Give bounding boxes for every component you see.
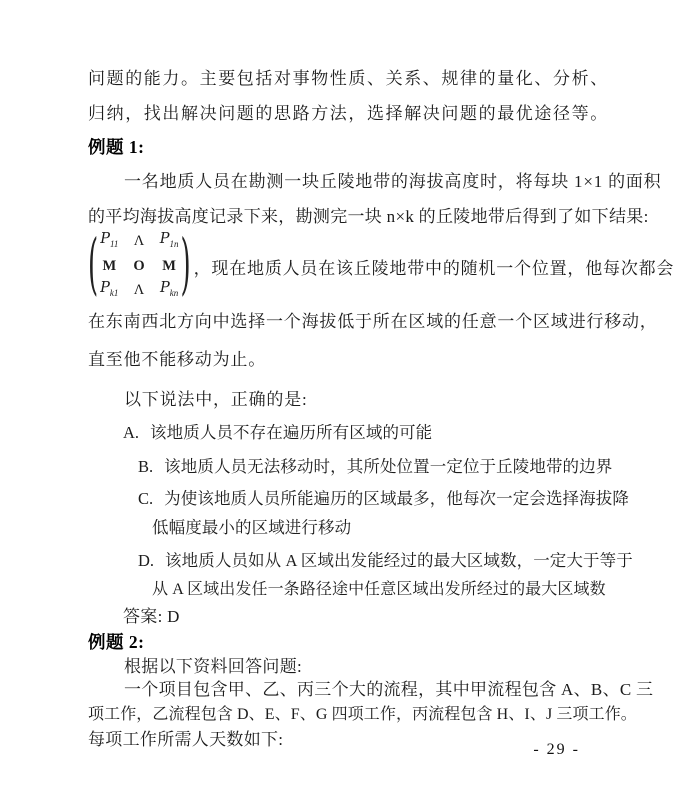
matrix-paragraph: ( P11 Λ P1n M O M Pk1 Λ Pkn ) ，现在地质人员在该丘… [88,231,648,301]
matrix-cell-31: Pk1 [100,278,118,304]
option-text-a: 该地质人员不存在遍历所有区域的可能 [150,419,432,443]
matrix-cell-13: P1n [160,229,179,255]
option-row-a: A. 该地质人员不存在遍历所有区域的可能 [123,419,648,443]
move-line-2: 直至他不能移动为止。 [88,349,648,371]
option-text-d-wrap: 从 A 区域出发任一条路径途中任意区域出发所经过的最大区域数 [152,579,648,601]
matrix-cell-12: Λ [134,231,145,252]
page-content: 问题的能力。主要包括对事物性质、关系、规律的量化、分析、 归纳，找出解决问题的思… [88,0,648,751]
matrix: P11 Λ P1n M O M Pk1 Λ Pkn [100,229,178,304]
option-row-c: C. 为使该地质人员所能遍历的区域最多，他每次一定会选择海拔降 [138,485,648,509]
question-line: 以下说法中，正确的是: [124,389,648,411]
option-label-b: B. [138,457,153,477]
matrix-cell-22: O [133,256,144,277]
example2-heading: 例题 2: [88,631,648,653]
option-text-b: 该地质人员无法移动时，其所处位置一定位于丘陵地带的边界 [164,453,612,477]
option-label-d: D. [138,551,154,571]
page-number: - 29 - [533,741,580,759]
matrix-cell-32: Λ [134,280,145,301]
option-row-d: D. 该地质人员如从 A 区域出发能经过的最大区域数，一定大于等于 [138,547,648,571]
intro-line-1: 问题的能力。主要包括对事物性质、关系、规律的量化、分析、 [88,68,648,90]
option-label-c: C. [138,489,153,509]
example2-para-line-2: 项工作，乙流程包含 D、E、F、G 四项工作，丙流程包含 H、I、J 三项工作。 [88,704,648,726]
after-matrix-text: ，现在地质人员在该丘陵地带中的随机一个位置，他每次都会 [194,254,675,279]
option-text-d: 该地质人员如从 A 区域出发能经过的最大区域数，一定大于等于 [165,547,633,571]
example1-heading: 例题 1: [88,136,648,158]
option-text-c: 为使该地质人员所能遍历的区域最多，他每次一定会选择海拔降 [164,485,629,509]
option-text-c-wrap: 低幅度最小的区域进行移动 [152,517,648,539]
option-label-a: A. [123,423,139,443]
option-row-b: B. 该地质人员无法移动时，其所处位置一定位于丘陵地带的边界 [138,453,648,477]
matrix-cell-23: M [162,256,176,277]
matrix-cell-11: P11 [100,229,118,255]
example2-intro-line: 根据以下资料回答问题: [124,656,648,678]
matrix-left-paren: ( [88,177,98,356]
example1-stem-line-2: 的平均海拔高度记录下来，勘测完一块 n×k 的丘陵地带后得到了如下结果: [88,206,648,228]
matrix-cell-33: Pkn [160,278,178,304]
document-page: 问题的能力。主要包括对事物性质、关系、规律的量化、分析、 归纳，找出解决问题的思… [0,0,681,799]
move-line-1: 在东南西北方向中选择一个海拔低于所在区域的任意一个区域进行移动， [88,311,648,333]
matrix-cell-21: M [102,256,116,277]
intro-line-2: 归纳，找出解决问题的思路方法，选择解决问题的最优途径等。 [88,103,648,125]
matrix-right-paren: ) [180,177,190,356]
example2-para-line-1: 一个项目包含甲、乙、丙三个大的流程，其中甲流程包含 A、B、C 三 [124,679,648,701]
answer-line: 答案: D [123,606,648,628]
example1-stem-line-1: 一名地质人员在勘测一块丘陵地带的海拔高度时，将每块 1×1 的面积 [124,171,648,193]
